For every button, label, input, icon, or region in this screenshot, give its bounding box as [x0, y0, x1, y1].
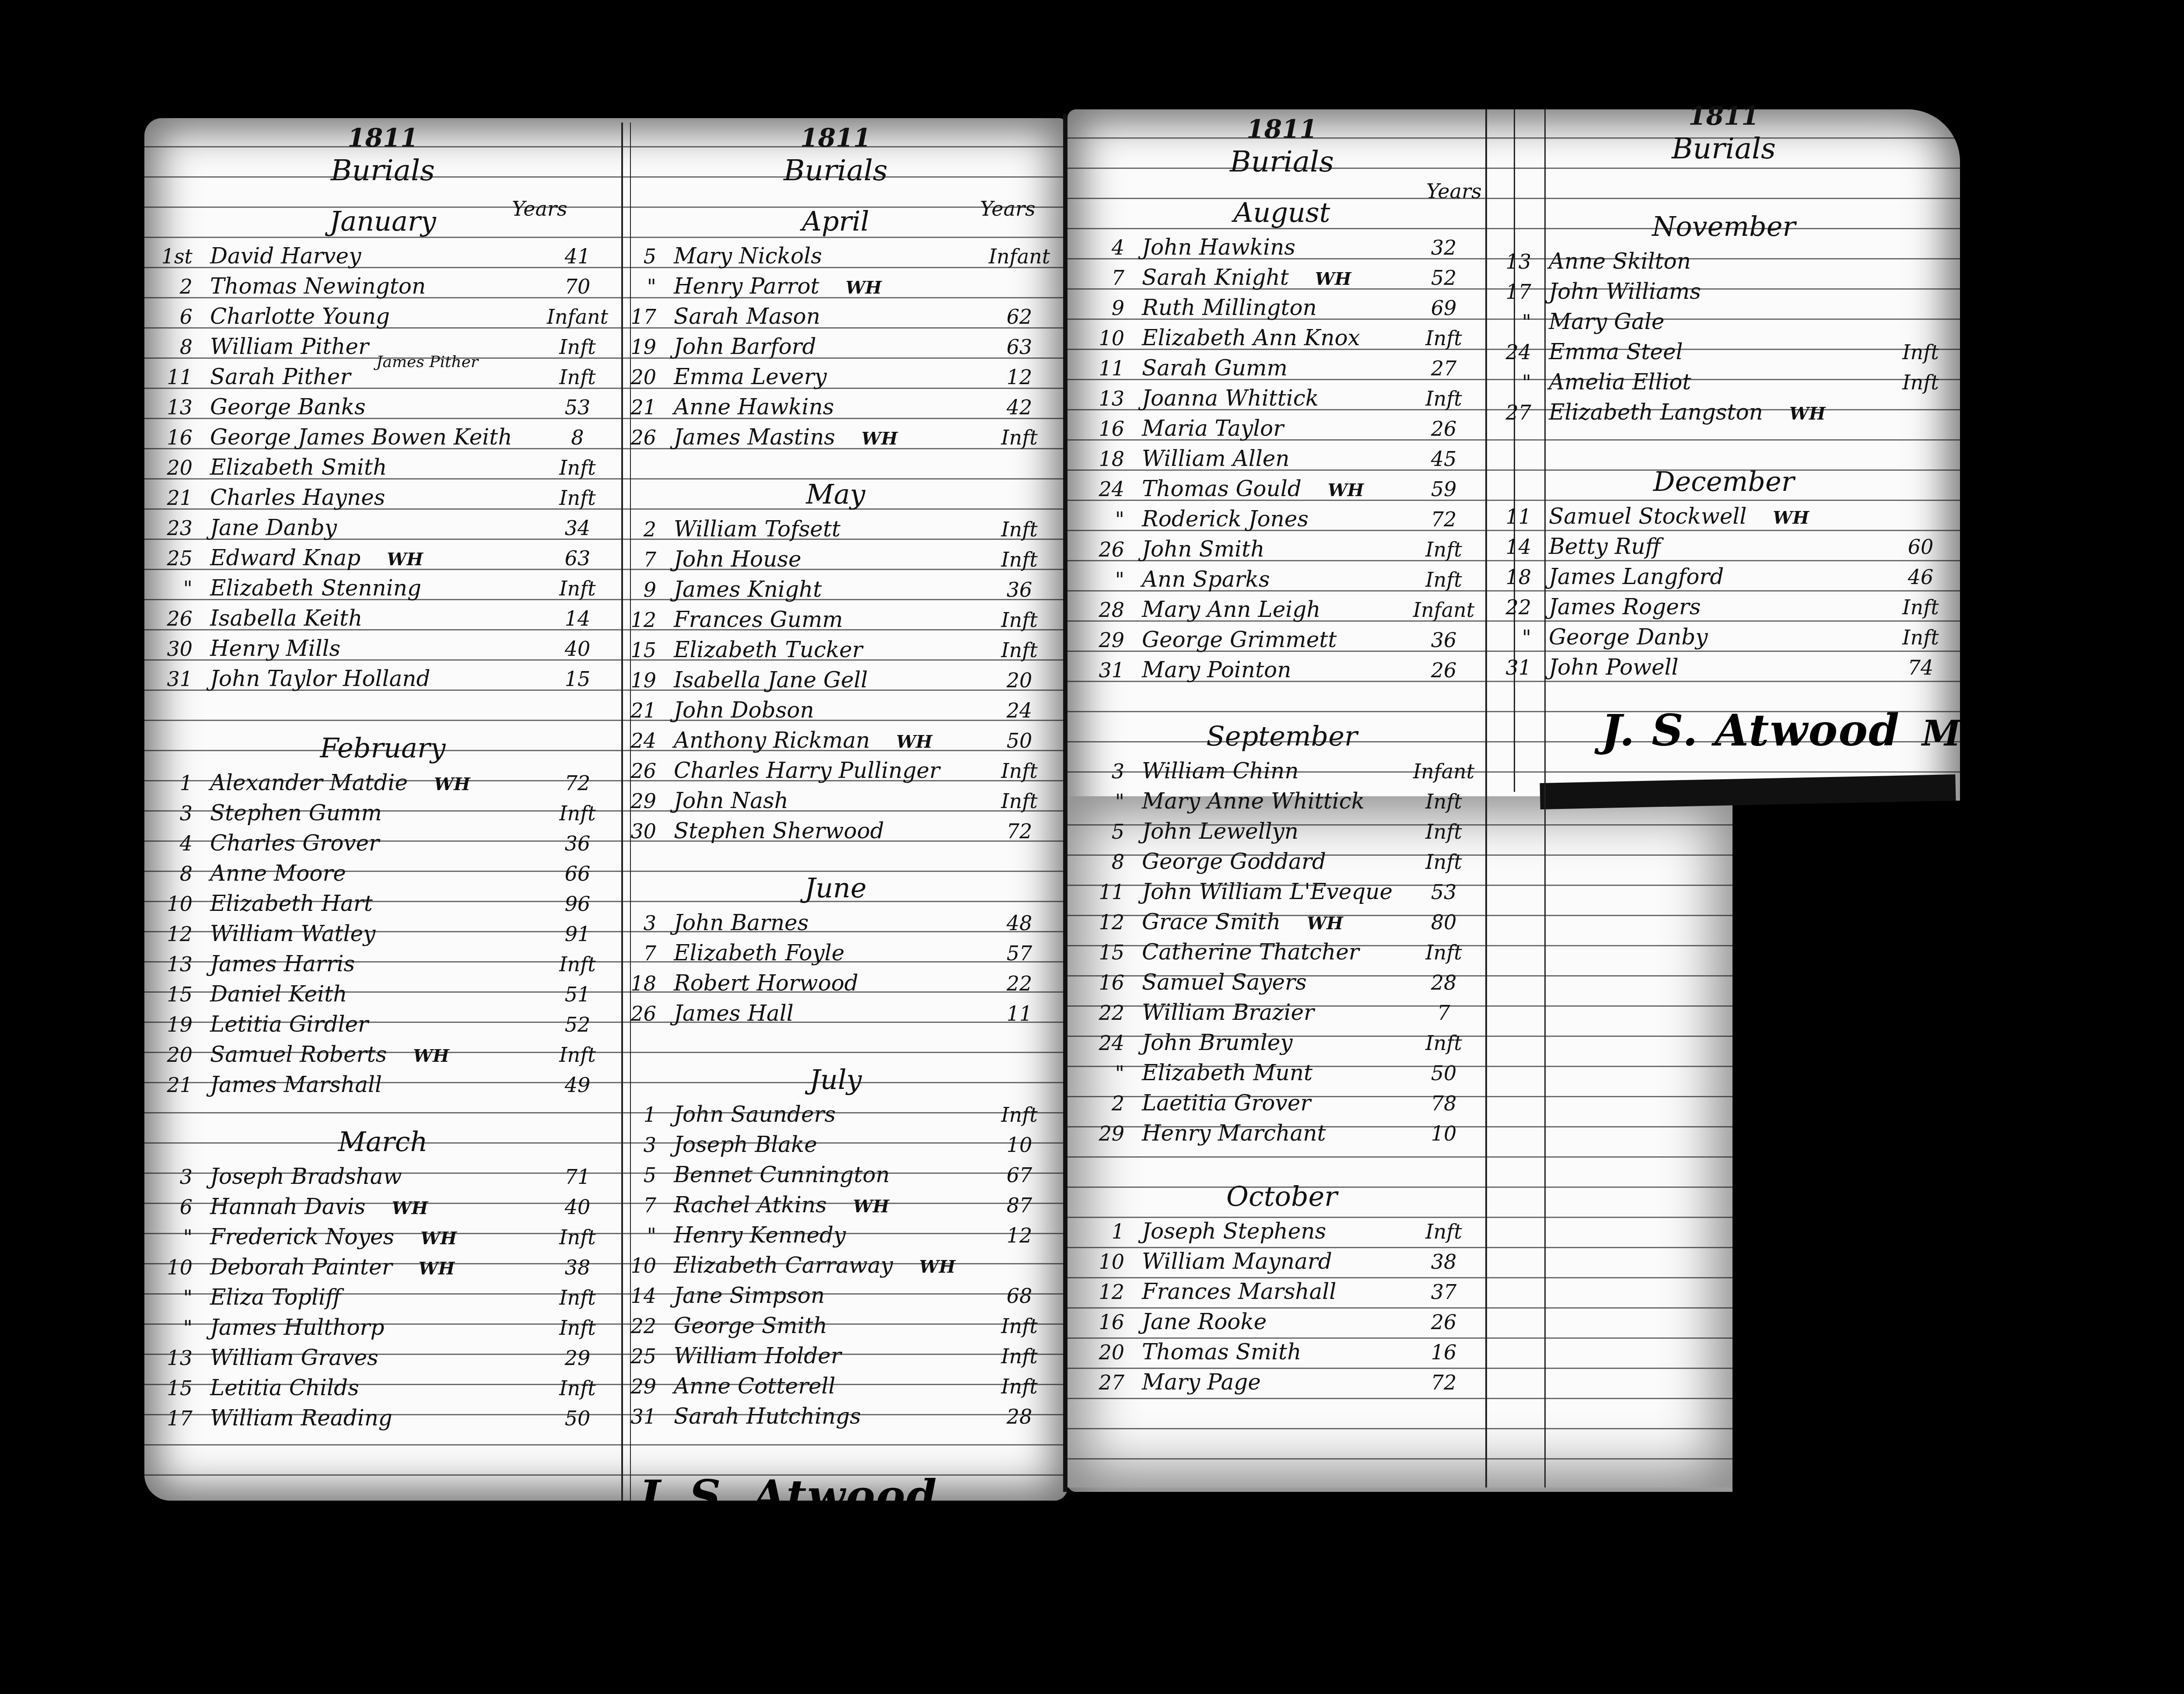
- deceased-name: John Powell: [1549, 652, 1679, 682]
- age-at-death: 53: [1404, 877, 1483, 907]
- burial-day: 24: [612, 726, 674, 756]
- burial-day: 16: [149, 423, 210, 453]
- age-at-death: Inft: [1404, 535, 1483, 565]
- deceased-name: Elizabeth Ann Knox: [1142, 323, 1360, 353]
- workhouse-mark: WH: [853, 1191, 889, 1221]
- burial-entry: 12William Watley91: [149, 919, 617, 949]
- burial-entry: 21James Marshall49: [149, 1070, 617, 1100]
- deceased-name: Robert Horwood: [674, 968, 858, 998]
- deceased-name: William Allen: [1142, 444, 1289, 474]
- deceased-name: Sarah Knight: [1142, 262, 1289, 293]
- burial-entry: 12Frances GummInft: [612, 605, 1059, 635]
- age-at-death: Inft: [538, 1313, 617, 1343]
- age-at-death: 50: [538, 1403, 617, 1434]
- age-at-death: 28: [980, 1402, 1059, 1432]
- month-heading: November: [1487, 203, 1960, 246]
- age-at-death: 70: [538, 272, 617, 302]
- deceased-name: James Rogers: [1549, 592, 1701, 622]
- deceased-name: Isabella Jane Gell: [674, 665, 868, 695]
- burial-entry: 20Thomas Smith16: [1081, 1337, 1483, 1367]
- deceased-name: Mary Nickols: [674, 241, 822, 271]
- deceased-name: Frances Marshall: [1142, 1277, 1336, 1307]
- deceased-name: Samuel Sayers: [1142, 967, 1307, 997]
- burial-entry: 13Joanna WhittickInft: [1081, 383, 1483, 413]
- burial-entry: 18Robert Horwood22: [612, 968, 1059, 998]
- deceased-name: Letitia Childs: [210, 1373, 359, 1403]
- deceased-name: Hannah Davis: [210, 1192, 366, 1222]
- burial-day: 18: [1487, 562, 1549, 592]
- deceased-name: Deborah Painter: [210, 1252, 392, 1282]
- age-at-death: 34: [538, 513, 617, 543]
- burial-entry: 31Sarah Hutchings28: [612, 1401, 1059, 1431]
- month-heading: December: [1487, 458, 1960, 501]
- burial-day: 19: [149, 1010, 210, 1040]
- month-section-may: May2William TofsettInft7John HouseInft9J…: [612, 470, 1059, 846]
- deceased-name: Laetitia Grover: [1142, 1088, 1311, 1118]
- age-at-death: 40: [538, 634, 617, 664]
- month-section-november: November13Anne Skilton17John Williams"Ma…: [1487, 203, 1960, 427]
- burial-day: 11: [1081, 353, 1142, 384]
- burial-entry: 22James RogersInft: [1487, 592, 1960, 622]
- age-at-death: 87: [980, 1190, 1059, 1221]
- deceased-name: Ann Sparks: [1142, 564, 1270, 595]
- burial-entry: 1John SaundersInft: [612, 1099, 1059, 1130]
- burial-day: 7: [612, 545, 674, 575]
- burial-day: ": [1487, 367, 1549, 398]
- age-at-death: 20: [980, 665, 1059, 696]
- deceased-name: William Tofsett: [674, 514, 840, 544]
- burial-day: 14: [1487, 532, 1549, 562]
- burial-entry: 10Elizabeth CarrawayWH: [612, 1250, 1059, 1281]
- torn-corner-region: [1732, 801, 2184, 1694]
- burial-entry: 9James Knight36: [612, 574, 1059, 605]
- deceased-name: Elizabeth Smith: [210, 452, 387, 483]
- burial-entry: 4Charles Grover36: [149, 828, 617, 858]
- burial-entry: 31John Powell74: [1487, 652, 1960, 682]
- burial-entry: 25William HolderInft: [612, 1341, 1059, 1371]
- age-at-death: 66: [538, 859, 617, 889]
- deceased-name: William Graves: [210, 1343, 378, 1373]
- burial-day: 10: [1081, 323, 1142, 353]
- burial-entry: 19Isabella Jane Gell20: [612, 665, 1059, 695]
- month-heading: July: [612, 1056, 1059, 1099]
- burial-entry: 12Grace SmithWH80: [1081, 907, 1483, 937]
- deceased-name: Elizabeth Carraway: [674, 1250, 893, 1281]
- burial-entry: 31John Taylor Holland15: [149, 664, 617, 694]
- age-at-death: 71: [538, 1162, 617, 1192]
- age-at-death: Inft: [538, 1222, 617, 1253]
- age-at-death: 74: [1881, 653, 1960, 683]
- burial-entry: 7Rachel AtkinsWH87: [612, 1190, 1059, 1220]
- age-at-death: 41: [538, 241, 617, 272]
- age-at-death: 59: [1404, 474, 1483, 504]
- register-title: Burials: [612, 153, 1059, 188]
- deceased-name: William Watley: [210, 919, 375, 949]
- age-at-death: 26: [1404, 1307, 1483, 1337]
- burial-entry: 3John Barnes48: [612, 908, 1059, 938]
- burial-entry: 16George James Bowen Keith8: [149, 422, 617, 452]
- deceased-name: John House: [674, 544, 801, 574]
- age-at-death: Infant: [980, 241, 1059, 272]
- burial-entry: "Frederick NoyesWHInft: [149, 1222, 617, 1252]
- age-at-death: Inft: [1404, 384, 1483, 414]
- burial-day: 10: [149, 889, 210, 919]
- age-at-death: 91: [538, 919, 617, 949]
- deceased-name: John Dobson: [674, 695, 814, 725]
- burial-entry: 29Anne CotterellInft: [612, 1371, 1059, 1401]
- workhouse-mark: WH: [420, 1223, 457, 1253]
- burial-day: 12: [1081, 907, 1142, 938]
- burial-entry: 27Elizabeth LangstonWH: [1487, 397, 1960, 427]
- age-at-death: Inft: [538, 483, 617, 513]
- burial-entry: 1stDavid Harvey41: [149, 241, 617, 271]
- burial-day: 30: [612, 816, 674, 847]
- workhouse-mark: WH: [419, 1253, 455, 1284]
- age-at-death: 45: [1404, 444, 1483, 474]
- burial-entry: 18James Langford46: [1487, 562, 1960, 592]
- burial-entry: 26Charles Harry PullingerInft: [612, 756, 1059, 786]
- age-at-death: 52: [1404, 263, 1483, 293]
- burial-day: 5: [1081, 817, 1142, 847]
- burial-day: 22: [1487, 592, 1549, 623]
- burial-entry: 25Edward KnapWH63: [149, 543, 617, 573]
- burial-entry: 11Sarah PitherInftJames Pither: [149, 362, 617, 392]
- month-heading: May: [612, 470, 1059, 514]
- burial-entry: "Mary Anne WhittickInft: [1081, 786, 1483, 816]
- deceased-name: Bennet Cunnington: [674, 1160, 890, 1190]
- signature-underline: [691, 1522, 919, 1526]
- burial-day: 24: [1081, 474, 1142, 504]
- burial-entry: "Eliza TopliffInft: [149, 1282, 617, 1312]
- burial-day: 26: [612, 999, 674, 1029]
- age-at-death: Inft: [538, 332, 617, 362]
- deceased-name: Anthony Rickman: [674, 725, 870, 756]
- deceased-name: John Williams: [1549, 276, 1701, 307]
- deceased-name: James Marshall: [210, 1070, 382, 1100]
- deceased-name: James Harris: [210, 949, 355, 979]
- deceased-name: John Barford: [674, 332, 816, 362]
- burial-entry: 16Maria Taylor26: [1081, 413, 1483, 444]
- deceased-name: Thomas Smith: [1142, 1337, 1301, 1367]
- burial-day: 20: [149, 1040, 210, 1070]
- age-at-death: 40: [538, 1192, 617, 1222]
- age-at-death: Inft: [1404, 323, 1483, 353]
- burial-day: ": [1487, 623, 1549, 653]
- age-at-death: 52: [538, 1010, 617, 1040]
- age-at-death: Inft: [980, 1311, 1059, 1341]
- burial-entry: 30Henry Mills40: [149, 633, 617, 664]
- burial-entry: 8George GoddardInft: [1081, 847, 1483, 877]
- burial-day: ": [1487, 307, 1549, 337]
- burial-entry: "Roderick Jones72: [1081, 504, 1483, 534]
- burial-entry: 15Catherine ThatcherInft: [1081, 937, 1483, 967]
- deceased-name: Sarah Hutchings: [674, 1401, 861, 1431]
- month-section-january: January1stDavid Harvey412Thomas Newingto…: [149, 197, 617, 694]
- burial-day: ": [1081, 1058, 1142, 1088]
- burial-day: 17: [612, 302, 674, 332]
- burial-entry: 6Hannah DavisWH40: [149, 1192, 617, 1222]
- burial-entry: 31Mary Pointon26: [1081, 655, 1483, 685]
- months-list: April5Mary NickolsInfant"Henry ParrotWH1…: [612, 197, 1059, 1431]
- years-column-label: Years: [1426, 179, 1482, 203]
- deceased-name: George James Bowen Keith: [210, 422, 512, 452]
- age-at-death: Inft: [538, 1373, 617, 1403]
- burial-entry: 13George Banks53: [149, 392, 617, 422]
- age-at-death: 8: [538, 423, 617, 453]
- register-title: Burials: [1487, 131, 1960, 166]
- burial-entry: 13Anne Skilton: [1487, 246, 1960, 276]
- register-column-jan-mar: 1811 Burials Years January1stDavid Harve…: [149, 122, 617, 1433]
- age-at-death: Inft: [980, 545, 1059, 575]
- burial-day: 26: [612, 756, 674, 786]
- month-section-march: March3Joseph Bradshaw716Hannah DavisWH40…: [149, 1118, 617, 1433]
- deceased-name: James Langford: [1549, 562, 1724, 592]
- burial-entry: 15Daniel Keith51: [149, 979, 617, 1009]
- burial-entry: 24Anthony RickmanWH50: [612, 725, 1059, 756]
- column-header: 1811 Burials: [612, 122, 1059, 188]
- deceased-name: Sarah Gumm: [1142, 353, 1288, 383]
- deceased-name: Henry Parrot: [674, 271, 819, 301]
- burial-day: 1st: [149, 241, 210, 272]
- burial-day: 23: [149, 513, 210, 543]
- deceased-name: William Reading: [210, 1403, 392, 1433]
- age-at-death: Inft: [1404, 1217, 1483, 1247]
- register-column-nov-dec: 1811 Burials November13Anne Skilton17Joh…: [1487, 101, 1960, 682]
- age-at-death: Inft: [980, 423, 1059, 453]
- burial-day: 16: [1081, 1307, 1142, 1337]
- burial-day: ": [149, 1222, 210, 1253]
- deceased-name: William Brazier: [1142, 997, 1314, 1028]
- deceased-name: Jane Simpson: [674, 1281, 825, 1311]
- burial-day: 3: [612, 908, 674, 938]
- burial-entry: 13James HarrisInft: [149, 949, 617, 979]
- workhouse-mark: WH: [1328, 475, 1364, 505]
- month-heading: March: [149, 1118, 617, 1162]
- burial-entry: 4John Hawkins32: [1081, 232, 1483, 262]
- register-column-apr-jul: 1811 Burials Years April5Mary NickolsInf…: [612, 122, 1059, 1431]
- burial-entry: 3Stephen GummInft: [149, 798, 617, 828]
- deceased-name: Mary Anne Whittick: [1142, 786, 1365, 816]
- burial-day: 3: [1081, 756, 1142, 787]
- burial-day: 24: [1081, 1028, 1142, 1058]
- burial-entry: 11Sarah Gumm27: [1081, 353, 1483, 383]
- burial-entry: 29John NashInft: [612, 786, 1059, 816]
- burial-day: 8: [1081, 847, 1142, 877]
- deceased-name: George Smith: [674, 1311, 827, 1341]
- deceased-name: Henry Kennedy: [674, 1220, 846, 1250]
- burial-entry: 5Mary NickolsInfant: [612, 241, 1059, 271]
- burial-entry: 10Elizabeth Hart96: [149, 889, 617, 919]
- deceased-name: Joseph Bradshaw: [210, 1162, 402, 1192]
- burial-entry: 21Anne Hawkins42: [612, 392, 1059, 422]
- deceased-name: Elizabeth Tucker: [674, 635, 863, 665]
- burial-day: 31: [612, 1402, 674, 1432]
- age-at-death: 69: [1404, 293, 1483, 323]
- deceased-name: John William L'Eveque: [1142, 877, 1393, 907]
- burial-day: ": [1081, 787, 1142, 817]
- burial-entry: 15Letitia ChildsInft: [149, 1373, 617, 1403]
- burial-day: 17: [149, 1403, 210, 1434]
- deceased-name: Sarah Pither: [210, 362, 350, 392]
- deceased-name: Amelia Elliot: [1549, 367, 1691, 397]
- month-section-october: October1Joseph StephensInft10William May…: [1081, 1172, 1483, 1397]
- workhouse-mark: WH: [392, 1193, 428, 1223]
- month-section-april: April5Mary NickolsInfant"Henry ParrotWH1…: [612, 197, 1059, 452]
- burial-day: 2: [1081, 1088, 1142, 1119]
- burial-day: 29: [1081, 625, 1142, 655]
- age-at-death: Inft: [980, 756, 1059, 786]
- age-at-death: Inft: [1404, 938, 1483, 968]
- burial-entry: 15Elizabeth TuckerInft: [612, 635, 1059, 665]
- age-at-death: 50: [980, 726, 1059, 756]
- age-at-death: 24: [980, 696, 1059, 726]
- burial-day: 26: [1081, 535, 1142, 565]
- burial-day: 20: [149, 453, 210, 483]
- burial-day: 14: [612, 1281, 674, 1311]
- burial-day: 27: [1487, 398, 1549, 428]
- burial-day: 12: [1081, 1277, 1142, 1307]
- burial-day: 1: [149, 768, 210, 798]
- deceased-name: William Chinn: [1142, 756, 1298, 786]
- workhouse-mark: WH: [413, 1041, 449, 1071]
- burial-entry: 14Jane Simpson68: [612, 1281, 1059, 1311]
- burial-entry: 30Stephen Sherwood72: [612, 816, 1059, 846]
- deceased-name: Frances Gumm: [674, 605, 843, 635]
- age-at-death: 53: [538, 392, 617, 423]
- burial-entry: 2Laetitia Grover78: [1081, 1088, 1483, 1118]
- burial-entry: 7Sarah KnightWH52: [1081, 262, 1483, 293]
- deceased-name: Mary Gale: [1549, 307, 1664, 337]
- burial-day: 30: [149, 634, 210, 664]
- burial-entry: "Elizabeth Munt50: [1081, 1058, 1483, 1088]
- burial-day: ": [1081, 504, 1142, 535]
- burial-entry: 26James Hall11: [612, 998, 1059, 1029]
- months-list: November13Anne Skilton17John Williams"Ma…: [1487, 203, 1960, 682]
- burial-entry: 17Sarah Mason62: [612, 301, 1059, 332]
- burial-entry: "Amelia ElliotInft: [1487, 367, 1960, 397]
- burial-day: 21: [612, 696, 674, 726]
- burial-entry: 5Bennet Cunnington67: [612, 1160, 1059, 1190]
- month-section-august: August4John Hawkins327Sarah KnightWH529R…: [1081, 189, 1483, 685]
- burial-day: 29: [612, 1372, 674, 1402]
- burial-day: 5: [612, 1160, 674, 1190]
- workhouse-mark: WH: [896, 727, 932, 757]
- month-section-february: February1Alexander MatdieWH723Stephen Gu…: [149, 724, 617, 1100]
- deceased-name: Mary Pointon: [1142, 655, 1291, 685]
- age-at-death: 78: [1404, 1088, 1483, 1119]
- workhouse-mark: WH: [1789, 399, 1826, 429]
- age-at-death: 80: [1404, 907, 1483, 938]
- burial-entry: 9Ruth Millington69: [1081, 293, 1483, 323]
- deceased-name: Frederick Noyes: [210, 1222, 394, 1252]
- deceased-name: Grace Smith: [1142, 907, 1281, 937]
- workhouse-mark: WH: [1315, 264, 1351, 294]
- age-at-death: 72: [538, 768, 617, 798]
- deceased-name: John Smith: [1142, 534, 1264, 564]
- age-at-death: Inft: [538, 1283, 617, 1313]
- age-at-death: Inft: [538, 362, 617, 392]
- burial-entry: 16Jane Rooke26: [1081, 1307, 1483, 1337]
- register-year: 1811: [1487, 101, 1960, 131]
- age-at-death: Inft: [1404, 847, 1483, 877]
- burial-entry: 29Henry Marchant10: [1081, 1118, 1483, 1148]
- burial-day: 21: [612, 392, 674, 423]
- deceased-name: Roderick Jones: [1142, 504, 1309, 534]
- burial-day: 7: [612, 1190, 674, 1221]
- burial-day: 8: [149, 332, 210, 362]
- burial-entry: 3Joseph Bradshaw71: [149, 1162, 617, 1192]
- burial-day: 15: [612, 635, 674, 665]
- age-at-death: 68: [980, 1281, 1059, 1311]
- burial-day: 15: [149, 1373, 210, 1403]
- burial-day: 6: [149, 302, 210, 332]
- burial-day: 2: [149, 272, 210, 302]
- deceased-name: Sarah Mason: [674, 301, 820, 332]
- month-section-july: July1John SaundersInft3Joseph Blake105Be…: [612, 1056, 1059, 1431]
- deceased-name: George Grimmett: [1142, 625, 1337, 655]
- age-at-death: 12: [980, 362, 1059, 392]
- burial-entry: 20Samuel RobertsWHInft: [149, 1039, 617, 1070]
- age-at-death: Inft: [980, 605, 1059, 635]
- burial-entry: 26John SmithInft: [1081, 534, 1483, 564]
- burial-day: ": [612, 272, 674, 302]
- age-at-death: Inft: [538, 574, 617, 604]
- burial-day: 31: [1487, 653, 1549, 683]
- burial-day: 18: [612, 969, 674, 999]
- burial-day: 21: [149, 1070, 210, 1100]
- burial-day: 17: [1487, 277, 1549, 307]
- signature-name: J. S. Atwood: [639, 1470, 938, 1522]
- age-at-death: Infant: [1404, 595, 1483, 625]
- burial-day: 24: [1487, 337, 1549, 367]
- age-at-death: Inft: [1881, 337, 1960, 367]
- age-at-death: 51: [538, 980, 617, 1010]
- burial-entry: 24Thomas GouldWH59: [1081, 474, 1483, 504]
- burial-day: 15: [149, 980, 210, 1010]
- age-at-death: Inft: [980, 514, 1059, 545]
- deceased-name: George Banks: [210, 392, 366, 422]
- deceased-name: Joanna Whittick: [1142, 383, 1319, 413]
- burial-entry: 19John Barford63: [612, 332, 1059, 362]
- burial-day: 25: [612, 1341, 674, 1372]
- burial-entry: 2William TofsettInft: [612, 514, 1059, 544]
- burial-day: 7: [1081, 263, 1142, 293]
- burial-day: 16: [1081, 414, 1142, 444]
- age-at-death: 14: [538, 604, 617, 634]
- age-at-death: 37: [1404, 1277, 1483, 1307]
- years-column-label: Years: [980, 197, 1036, 220]
- age-at-death: Inft: [980, 635, 1059, 665]
- burial-day: 28: [1081, 595, 1142, 625]
- age-at-death: 72: [1404, 1368, 1483, 1398]
- burial-entry: 27Mary Page72: [1081, 1367, 1483, 1397]
- signature-title: Minister: [1922, 713, 2089, 754]
- age-at-death: 32: [1404, 233, 1483, 263]
- burial-day: 25: [149, 543, 210, 574]
- burial-day: ": [149, 1283, 210, 1313]
- age-at-death: Inft: [1404, 565, 1483, 595]
- burial-day: 21: [149, 483, 210, 513]
- burial-entry: 3William ChinnInfant: [1081, 756, 1483, 786]
- deceased-name: Mary Ann Leigh: [1142, 595, 1320, 625]
- binding-gutter: [1063, 114, 1067, 1492]
- burial-day: 11: [149, 362, 210, 392]
- burial-entry: 22William Brazier7: [1081, 997, 1483, 1028]
- age-at-death: Inft: [1881, 623, 1960, 653]
- deceased-name: James Hall: [674, 998, 794, 1029]
- age-at-death: Inft: [980, 786, 1059, 816]
- burial-entry: 10Elizabeth Ann KnoxInft: [1081, 323, 1483, 353]
